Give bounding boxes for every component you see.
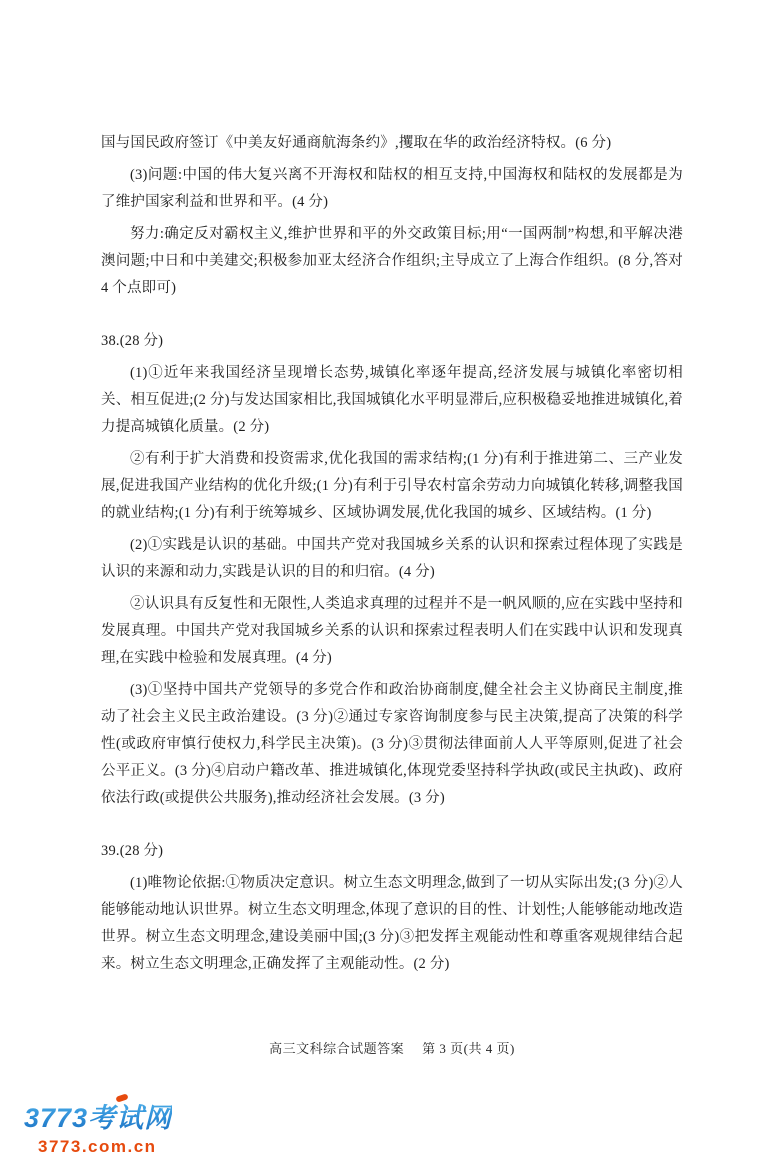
footer-exam-title: 高三文科综合试题答案 — [269, 1041, 404, 1056]
page-footer: 高三文科综合试题答案第 3 页(共 4 页) — [101, 1038, 683, 1057]
answer-text-body: 国与国民政府签订《中美友好通商航海条约》,攫取在华的政治经济特权。(6 分)(3… — [101, 130, 683, 983]
question-number-heading: 38.(28 分) — [101, 328, 683, 355]
answer-paragraph: (1)①近年来我国经济呈现增长态势,城镇化率逐年提高,经济发展与城镇化率密切相关… — [101, 360, 683, 441]
footer-page-number: 第 3 页(共 4 页) — [422, 1041, 515, 1056]
answer-paragraph: (3)问题:中国的伟大复兴离不开海权和陆权的相互支持,中国海权和陆权的发展都是为… — [101, 162, 683, 216]
answer-paragraph: ②有利于扩大消费和投资需求,优化我国的需求结构;(1 分)有利于推进第二、三产业… — [101, 446, 683, 527]
watermark-site-name: 3773考试网 — [24, 1096, 172, 1135]
answer-paragraph: 国与国民政府签订《中美友好通商航海条约》,攫取在华的政治经济特权。(6 分) — [101, 130, 683, 157]
answer-paragraph: 努力:确定反对霸权主义,维护世界和平的外交政策目标;用“一国两制”构想,和平解决… — [101, 221, 683, 302]
answer-paragraph: (3)①坚持中国共产党领导的多党合作和政治协商制度,健全社会主义协商民主制度,推… — [101, 677, 683, 812]
watermark-site-url: 3773.com.cn — [38, 1137, 172, 1157]
answer-paragraph: (2)①实践是认识的基础。中国共产党对我国城乡关系的认识和探索过程体现了实践是认… — [101, 532, 683, 586]
scanned-answer-page: 国与国民政府签订《中美友好通商航海条约》,攫取在华的政治经济特权。(6 分)(3… — [0, 0, 783, 1165]
site-watermark-logo: 3773考试网 3773.com.cn — [24, 1096, 172, 1157]
question-number-heading: 39.(28 分) — [101, 838, 683, 865]
answer-paragraph: (1)唯物论依据:①物质决定意识。树立生态文明理念,做到了一切从实际出发;(3 … — [101, 870, 683, 978]
answer-paragraph: ②认识具有反复性和无限性,人类追求真理的过程并不是一帆风顺的,应在实践中坚持和发… — [101, 591, 683, 672]
